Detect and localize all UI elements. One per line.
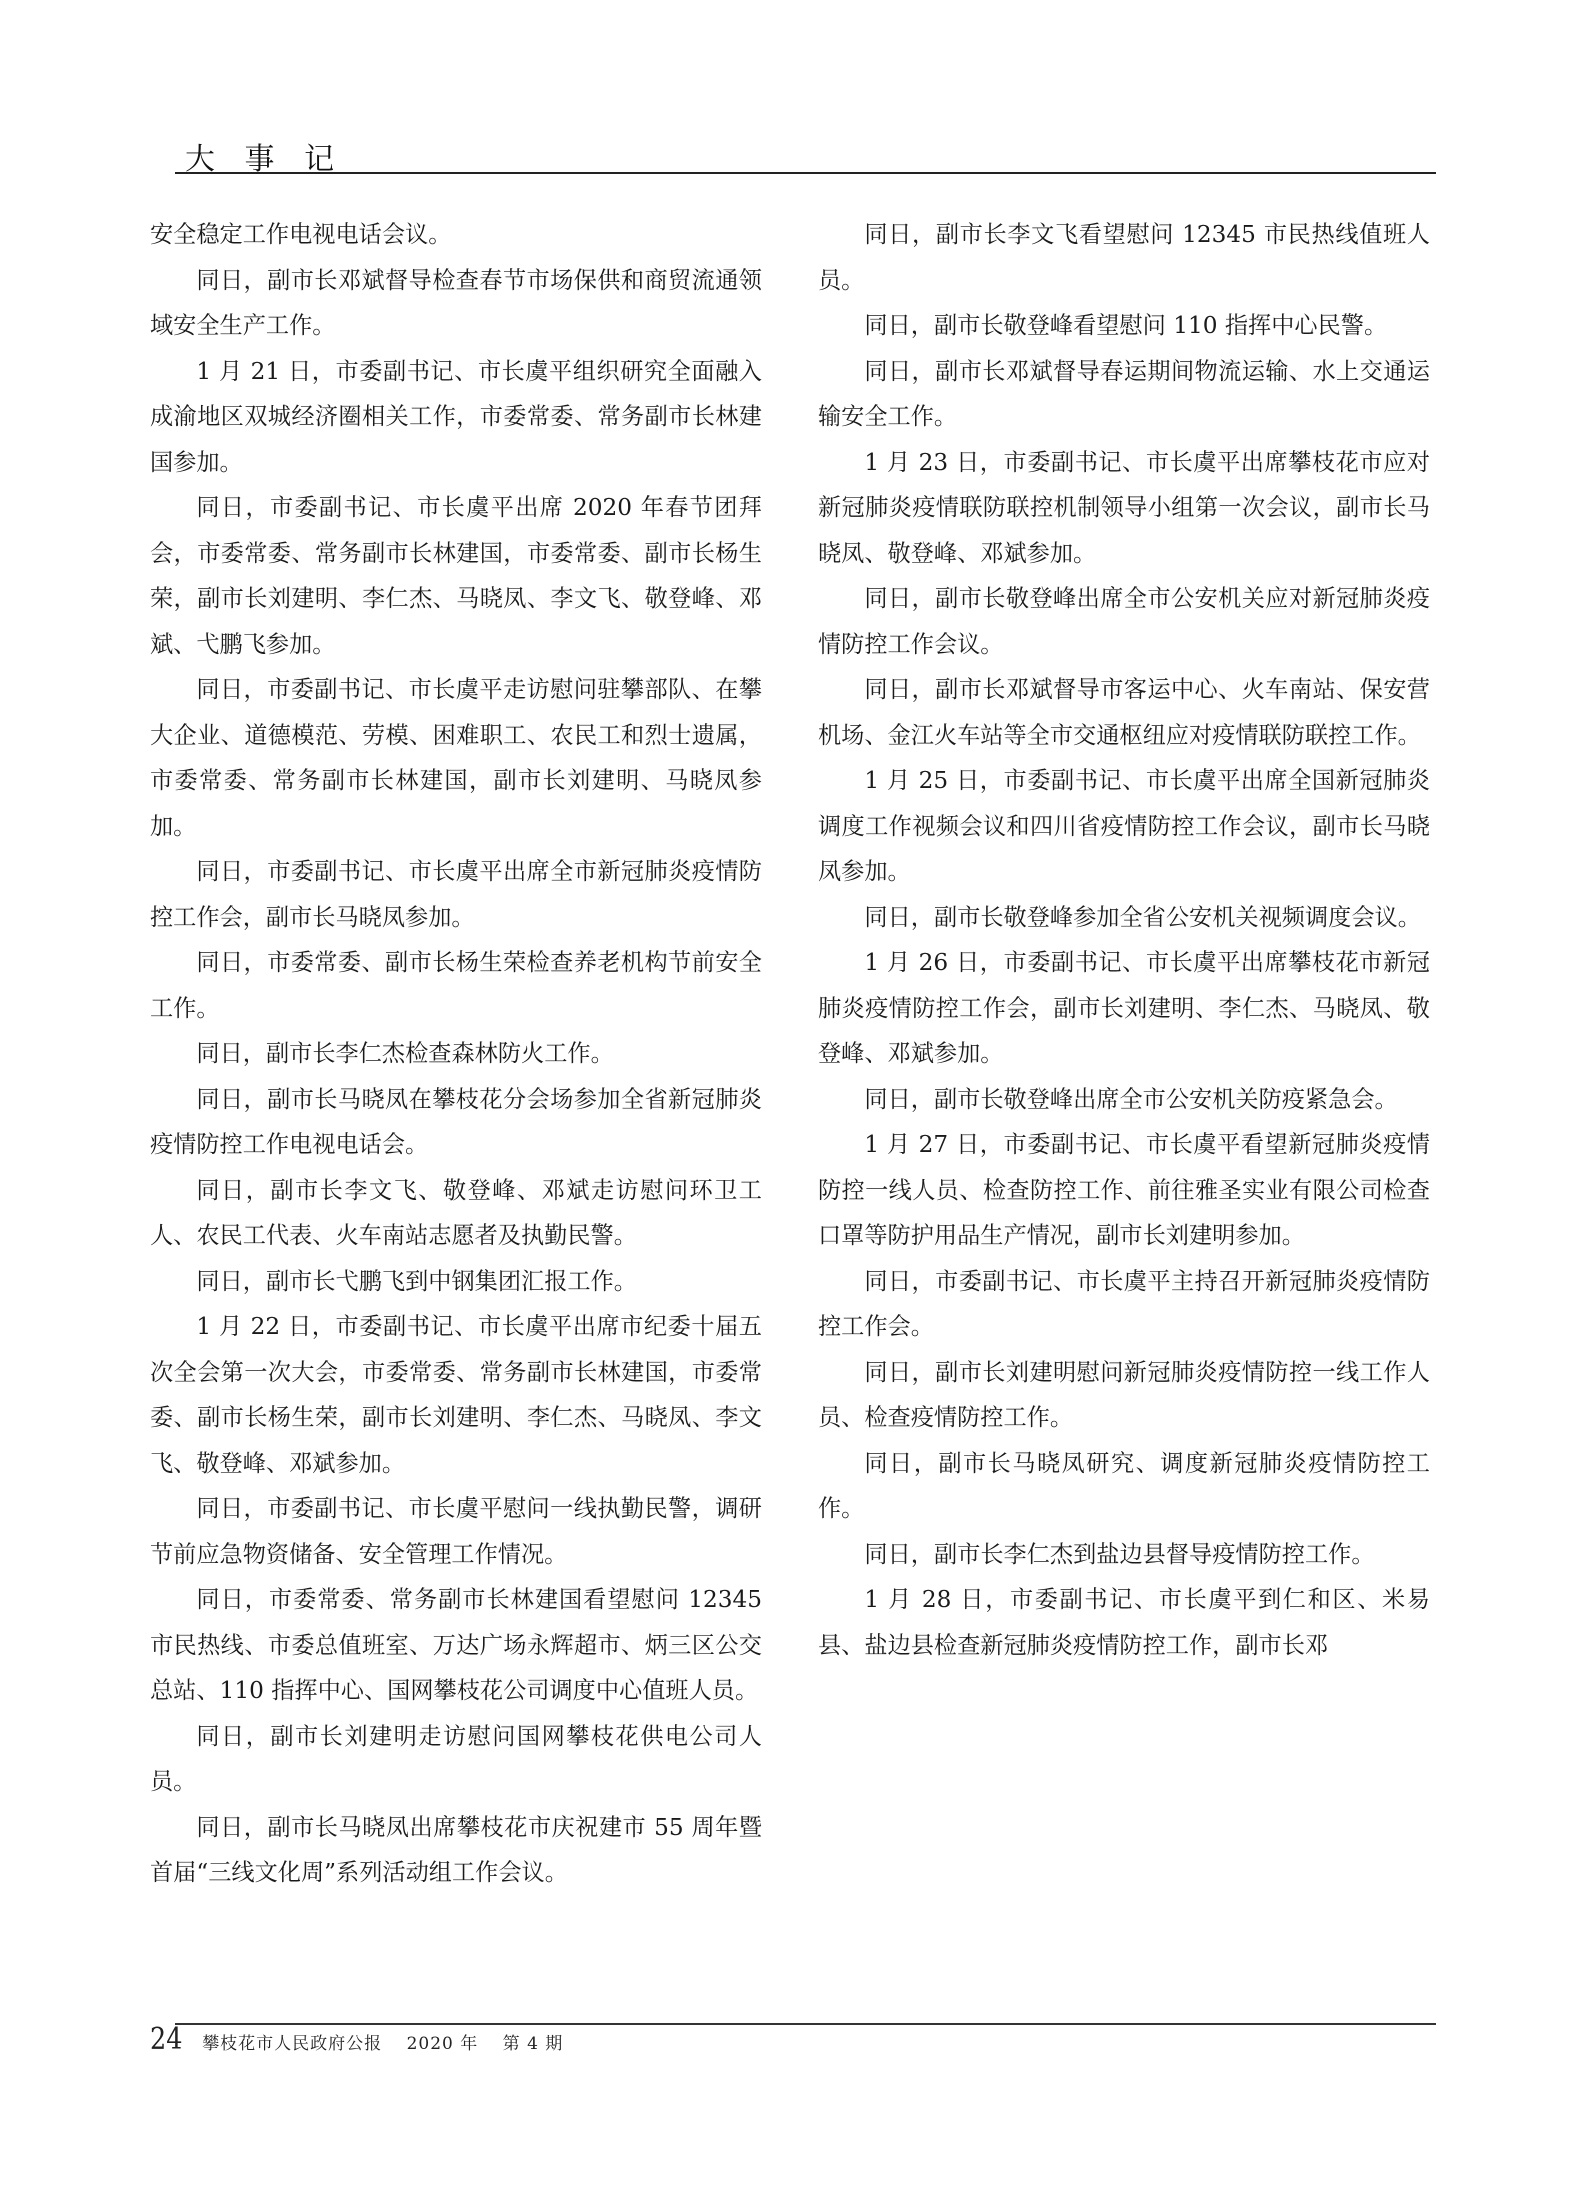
paragraph: 同日，副市长敬登峰看望慰问 110 指挥中心民警。: [818, 303, 1430, 349]
paragraph: 同日，副市长敬登峰出席全市公安机关应对新冠肺炎疫情防控工作会议。: [818, 576, 1430, 667]
publication-name: 攀枝花市人民政府公报: [202, 2034, 382, 2054]
paragraph: 同日，副市长邓斌督导市客运中心、火车南站、保安营机场、金江火车站等全市交通枢纽应…: [818, 667, 1430, 758]
paragraph: 同日，副市长敬登峰出席全市公安机关防疫紧急会。: [818, 1077, 1430, 1123]
paragraph: 同日，副市长敬登峰参加全省公安机关视频调度会议。: [818, 895, 1430, 941]
left-column: 安全稳定工作电视电话会议。 同日，副市长邓斌督导检查春节市场保供和商贸流通领域安…: [150, 212, 762, 1896]
paragraph: 同日，市委副书记、市长虞平走访慰问驻攀部队、在攀大企业、道德模范、劳模、困难职工…: [150, 667, 762, 849]
issue-number: 第 4 期: [503, 2034, 564, 2054]
paragraph: 1 月 22 日，市委副书记、市长虞平出席市纪委十届五次全会第一次大会，市委常委…: [150, 1304, 762, 1486]
paragraph: 同日，市委副书记、市长虞平主持召开新冠肺炎疫情防控工作会。: [818, 1259, 1430, 1350]
paragraph: 同日，副市长李文飞看望慰问 12345 市民热线值班人员。: [818, 212, 1430, 303]
page-number: 24: [150, 2022, 182, 2057]
paragraph: 同日，副市长李仁杰检查森林防火工作。: [150, 1031, 762, 1077]
paragraph: 同日，副市长邓斌督导春运期间物流运输、水上交通运输安全工作。: [818, 349, 1430, 440]
paragraph: 1 月 21 日，市委副书记、市长虞平组织研究全面融入成渝地区双城经济圈相关工作…: [150, 349, 762, 486]
paragraph: 1 月 25 日，市委副书记、市长虞平出席全国新冠肺炎调度工作视频会议和四川省疫…: [818, 758, 1430, 895]
paragraph: 同日，市委副书记、市长虞平出席 2020 年春节团拜会，市委常委、常务副市长林建…: [150, 485, 762, 667]
paragraph: 同日，副市长刘建明慰问新冠肺炎疫情防控一线工作人员、检查疫情防控工作。: [818, 1350, 1430, 1441]
paragraph: 同日，副市长马晓凤在攀枝花分会场参加全省新冠肺炎疫情防控工作电视电话会。: [150, 1077, 762, 1168]
paragraph: 同日，副市长李文飞、敬登峰、邓斌走访慰问环卫工人、农民工代表、火车南站志愿者及执…: [150, 1168, 762, 1259]
paragraph: 同日，副市长李仁杰到盐边县督导疫情防控工作。: [818, 1532, 1430, 1578]
paragraph: 同日，副市长邓斌督导检查春节市场保供和商贸流通领域安全生产工作。: [150, 258, 762, 349]
paragraph: 安全稳定工作电视电话会议。: [150, 212, 762, 258]
right-column: 同日，副市长李文飞看望慰问 12345 市民热线值班人员。 同日，副市长敬登峰看…: [818, 212, 1430, 1668]
paragraph: 同日，副市长弋鹏飞到中钢集团汇报工作。: [150, 1259, 762, 1305]
paragraph: 1 月 23 日，市委副书记、市长虞平出席攀枝花市应对新冠肺炎疫情联防联控机制领…: [818, 440, 1430, 577]
paragraph: 同日，副市长刘建明走访慰问国网攀枝花供电公司人员。: [150, 1714, 762, 1805]
paragraph: 1 月 28 日，市委副书记、市长虞平到仁和区、米易县、盐边县检查新冠肺炎疫情防…: [818, 1577, 1430, 1668]
paragraph: 1 月 27 日，市委副书记、市长虞平看望新冠肺炎疫情防控一线人员、检查防控工作…: [818, 1122, 1430, 1259]
paragraph: 同日，市委常委、副市长杨生荣检查养老机构节前安全工作。: [150, 940, 762, 1031]
paragraph: 同日，市委常委、常务副市长林建国看望慰问 12345 市民热线、市委总值班室、万…: [150, 1577, 762, 1714]
page-footer: 24 攀枝花市人民政府公报 2020 年 第 4 期: [150, 2022, 581, 2057]
paragraph: 同日，市委副书记、市长虞平出席全市新冠肺炎疫情防控工作会，副市长马晓凤参加。: [150, 849, 762, 940]
header-divider: [175, 172, 1436, 174]
paragraph: 同日，副市长马晓凤研究、调度新冠肺炎疫情防控工作。: [818, 1441, 1430, 1532]
paragraph: 1 月 26 日，市委副书记、市长虞平出席攀枝花市新冠肺炎疫情防控工作会，副市长…: [818, 940, 1430, 1077]
footer-publication-info: 攀枝花市人民政府公报 2020 年 第 4 期: [202, 2029, 581, 2054]
paragraph: 同日，副市长马晓凤出席攀枝花市庆祝建市 55 周年暨首届“三线文化周”系列活动组…: [150, 1805, 762, 1896]
paragraph: 同日，市委副书记、市长虞平慰问一线执勤民警，调研节前应急物资储备、安全管理工作情…: [150, 1486, 762, 1577]
publication-year: 2020 年: [407, 2034, 479, 2054]
